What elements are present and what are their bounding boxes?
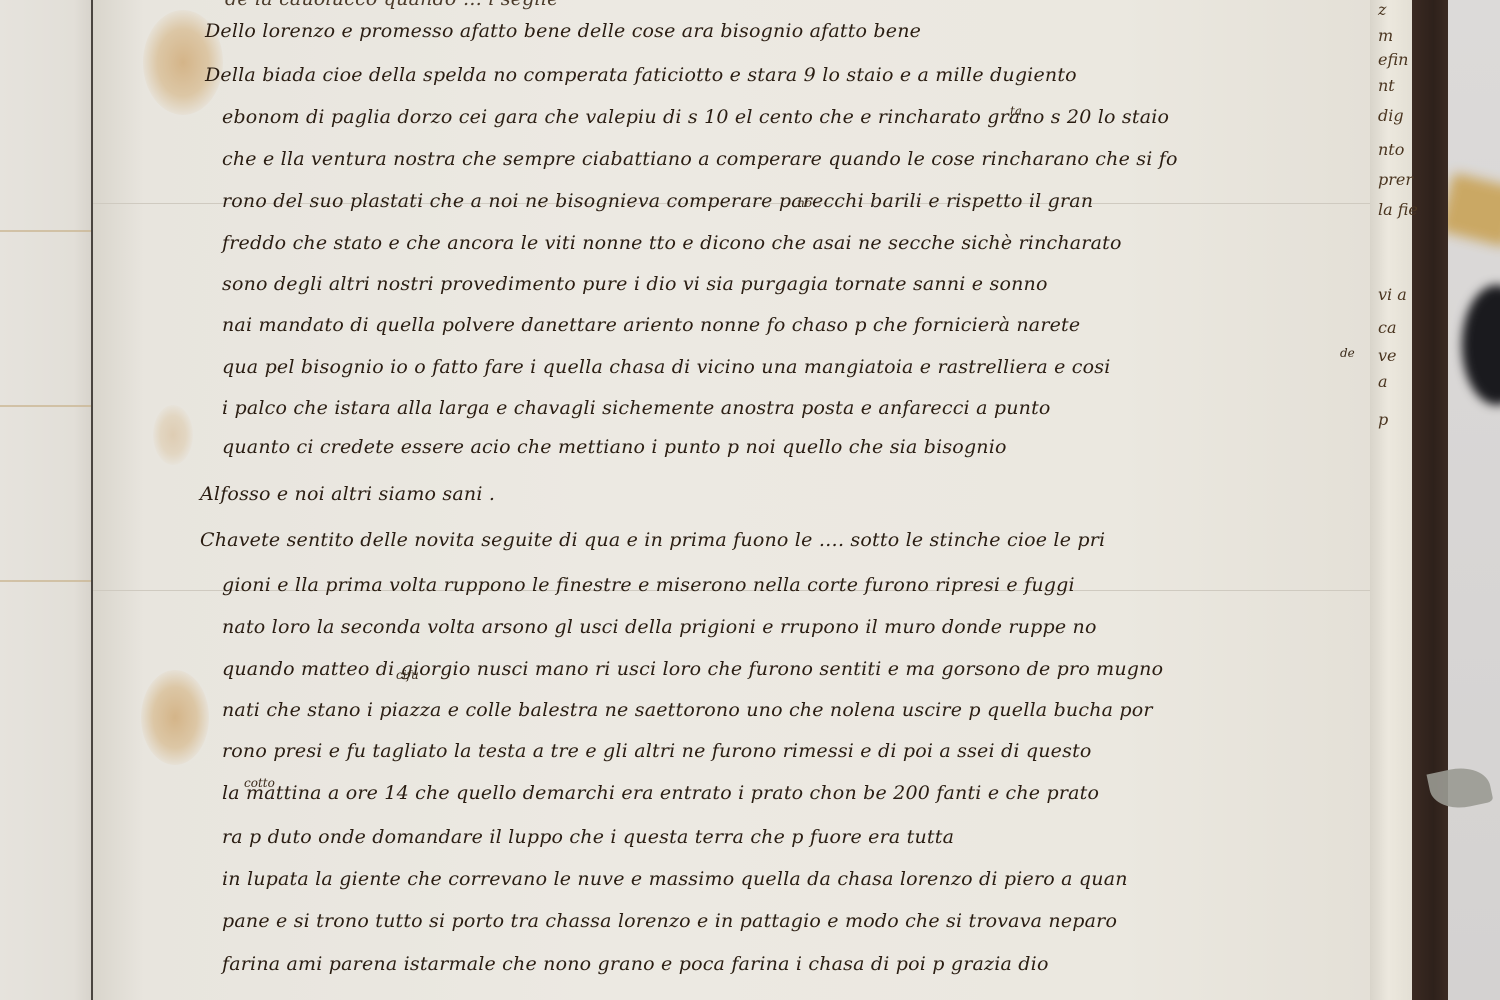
text-line: nati che stano i piazza e colle balestra…: [222, 699, 1153, 721]
text-line: ebonom di paglia dorzo cei gara che vale…: [222, 106, 1169, 128]
superscript-note: de: [1340, 346, 1355, 360]
strip-glyph: ve: [1378, 346, 1397, 365]
strip-glyph: dig: [1378, 106, 1404, 125]
strip-glyph: la fie: [1378, 200, 1418, 219]
text-line: i palco che istara alla larga e chavagli…: [222, 397, 1051, 419]
strip-glyph: a: [1378, 372, 1388, 391]
water-stain: [153, 405, 193, 465]
table-backdrop: [1440, 0, 1500, 1000]
superscript-note: cotto: [244, 776, 275, 790]
fold-crease: [0, 405, 92, 407]
left-page-edge: [0, 0, 92, 1000]
text-line: Alfosso e noi altri siamo sani .: [200, 483, 495, 505]
strip-glyph: z: [1378, 0, 1386, 19]
text-line: Dello lorenzo e promesso afatto bene del…: [205, 20, 921, 42]
text-line: rono del suo plastati che a noi ne bisog…: [222, 190, 1093, 212]
strip-glyph: prer: [1378, 170, 1413, 189]
text-line: nai mandato di quella polvere danettare …: [222, 314, 1080, 336]
text-line: quando matteo di giorgio nusci mano ri u…: [222, 658, 1163, 680]
text-line: qua pel bisognio io o fatto fare i quell…: [222, 356, 1111, 378]
superscript-note: cifu: [396, 668, 419, 682]
text-line: de la cauolucco quando … i seglie: [225, 0, 559, 10]
text-line: nato loro la seconda volta arsono gl usc…: [222, 616, 1097, 638]
superscript-note: ta: [1010, 104, 1022, 118]
text-line: rono presi e fu tagliato la testa a tre …: [222, 740, 1092, 762]
text-line: che e lla ventura nostra che sempre ciab…: [222, 148, 1178, 170]
text-line: freddo che stato e che ancora le viti no…: [222, 232, 1122, 254]
text-line: sono degli altri nostri provedimento pur…: [222, 273, 1048, 295]
text-line: in lupata la giente che correvano le nuv…: [222, 868, 1128, 890]
text-line: quanto ci credete essere acio che mettia…: [222, 436, 1007, 458]
text-line: gioni e lla prima volta ruppono le fines…: [222, 574, 1075, 596]
text-line: ra p duto onde domandare il luppo che i …: [222, 826, 954, 848]
strip-glyph: ca: [1378, 318, 1397, 337]
strip-glyph: nt: [1378, 76, 1395, 95]
strip-glyph: nto: [1378, 140, 1404, 159]
text-line: la mattina a ore 14 che quello demarchi …: [222, 782, 1099, 804]
book-binding: [1412, 0, 1448, 1000]
text-line: Chavete sentito delle novita seguite di …: [200, 529, 1105, 551]
fold-crease: [0, 580, 92, 582]
photo-scene: de la cauolucco quando … i seglie Dello …: [0, 0, 1500, 1000]
text-line: pane e si trono tutto si porto tra chass…: [222, 910, 1117, 932]
strip-glyph: m: [1378, 26, 1393, 45]
strip-glyph: p: [1378, 410, 1388, 429]
strip-glyph: efin: [1378, 50, 1408, 69]
text-line: Della biada cioe della spelda no compera…: [205, 64, 1077, 86]
fold-crease: [0, 230, 92, 232]
text-line: farina ami parena istarmale che nono gra…: [222, 953, 1049, 975]
superscript-note: no: [797, 196, 812, 210]
water-stain: [141, 670, 209, 765]
strip-glyph: vi a: [1378, 285, 1407, 304]
